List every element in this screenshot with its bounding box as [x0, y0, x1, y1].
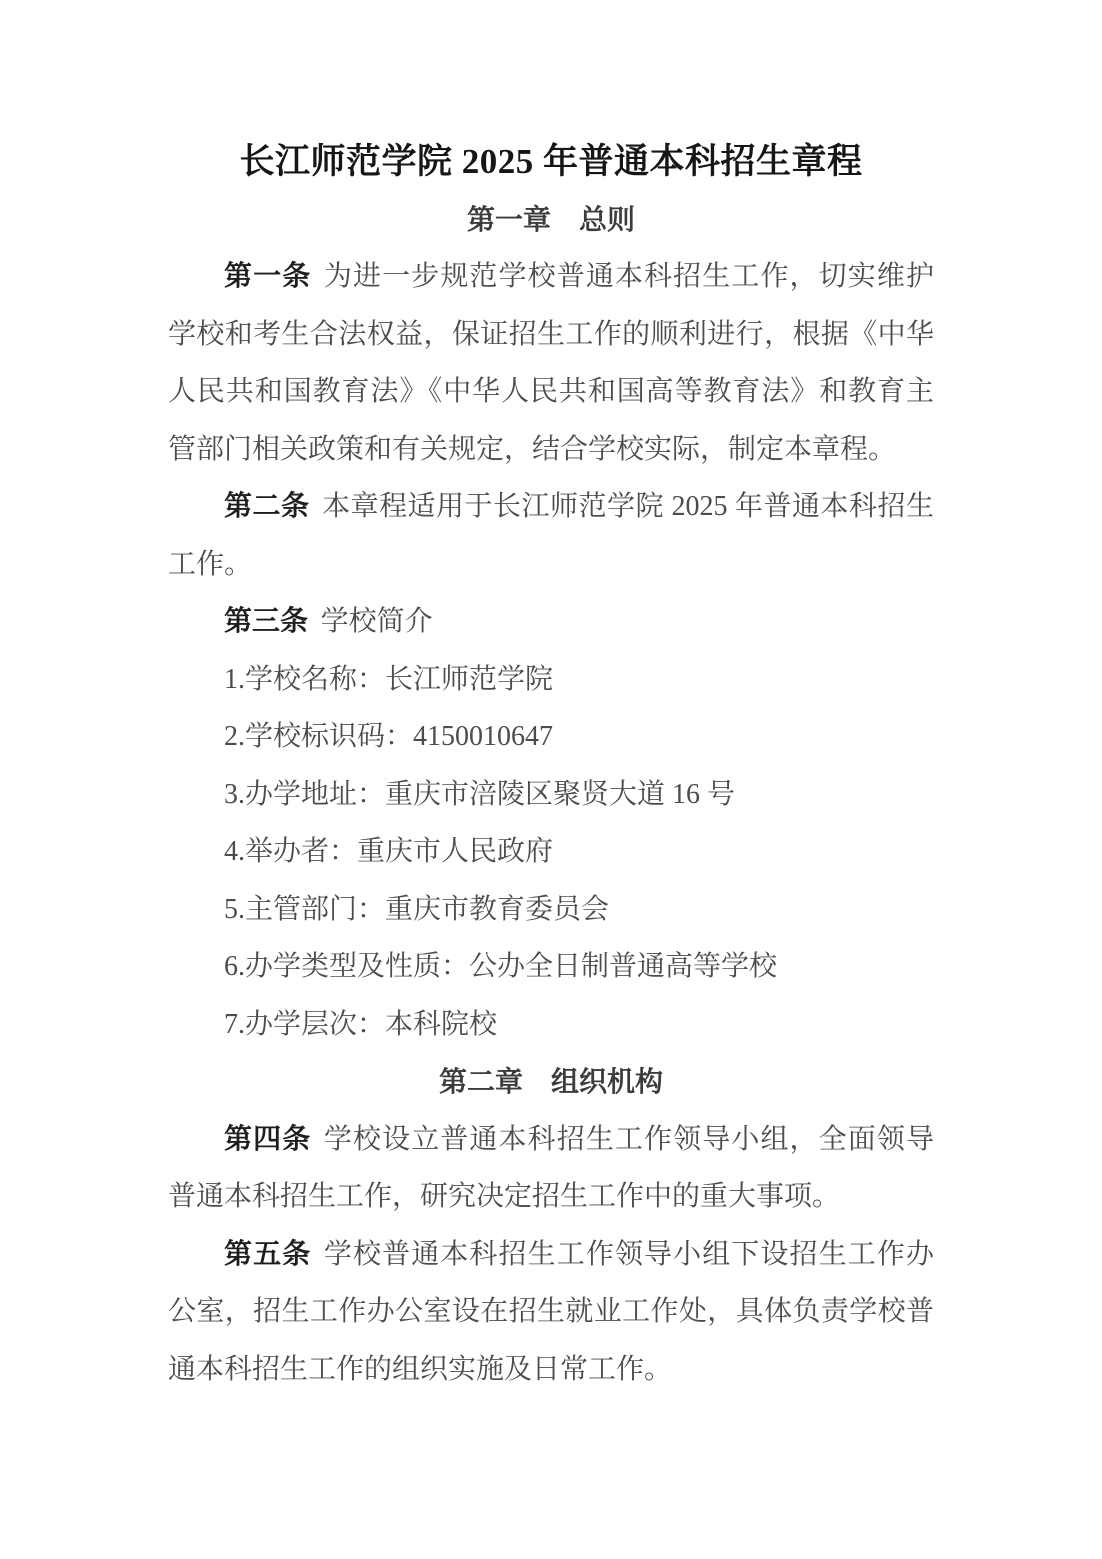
chapter-1-heading: 第一章 总则: [168, 191, 934, 249]
school-info-item-authority: 5.主管部门：重庆市教育委员会: [168, 881, 934, 939]
school-info-item-code: 2.学校标识码：4150010647: [168, 708, 934, 766]
article-3: 第三条学校简介: [168, 593, 934, 651]
article-4-label: 第四条: [224, 1124, 311, 1155]
article-1: 第一条为进一步规范学校普通本科招生工作，切实维护学校和考生合法权益，保证招生工作…: [168, 248, 934, 478]
article-5-label: 第五条: [224, 1239, 311, 1270]
article-1-label: 第一条: [224, 261, 311, 292]
school-info-item-address: 3.办学地址：重庆市涪陵区聚贤大道 16 号: [168, 766, 934, 824]
school-info-item-type: 6.办学类型及性质：公办全日制普通高等学校: [168, 938, 934, 996]
school-info-item-founder: 4.举办者：重庆市人民政府: [168, 823, 934, 881]
article-4: 第四条学校设立普通本科招生工作领导小组，全面领导普通本科招生工作，研究决定招生工…: [168, 1111, 934, 1226]
school-info-item-name: 1.学校名称：长江师范学院: [168, 651, 934, 709]
article-2-label: 第二条: [224, 491, 309, 522]
article-2: 第二条本章程适用于长江师范学院 2025 年普通本科招生工作。: [168, 478, 934, 593]
school-info-item-level: 7.办学层次：本科院校: [168, 996, 934, 1054]
document-title: 长江师范学院 2025 年普通本科招生章程: [168, 133, 934, 191]
document-page: 长江师范学院 2025 年普通本科招生章程 第一章 总则 第一条为进一步规范学校…: [0, 0, 1102, 1559]
article-3-label: 第三条: [224, 606, 308, 637]
article-5: 第五条学校普通本科招生工作领导小组下设招生工作办公室，招生工作办公室设在招生就业…: [168, 1226, 934, 1399]
article-3-text: 学校简介: [321, 606, 433, 637]
chapter-2-heading: 第二章 组织机构: [168, 1053, 934, 1111]
